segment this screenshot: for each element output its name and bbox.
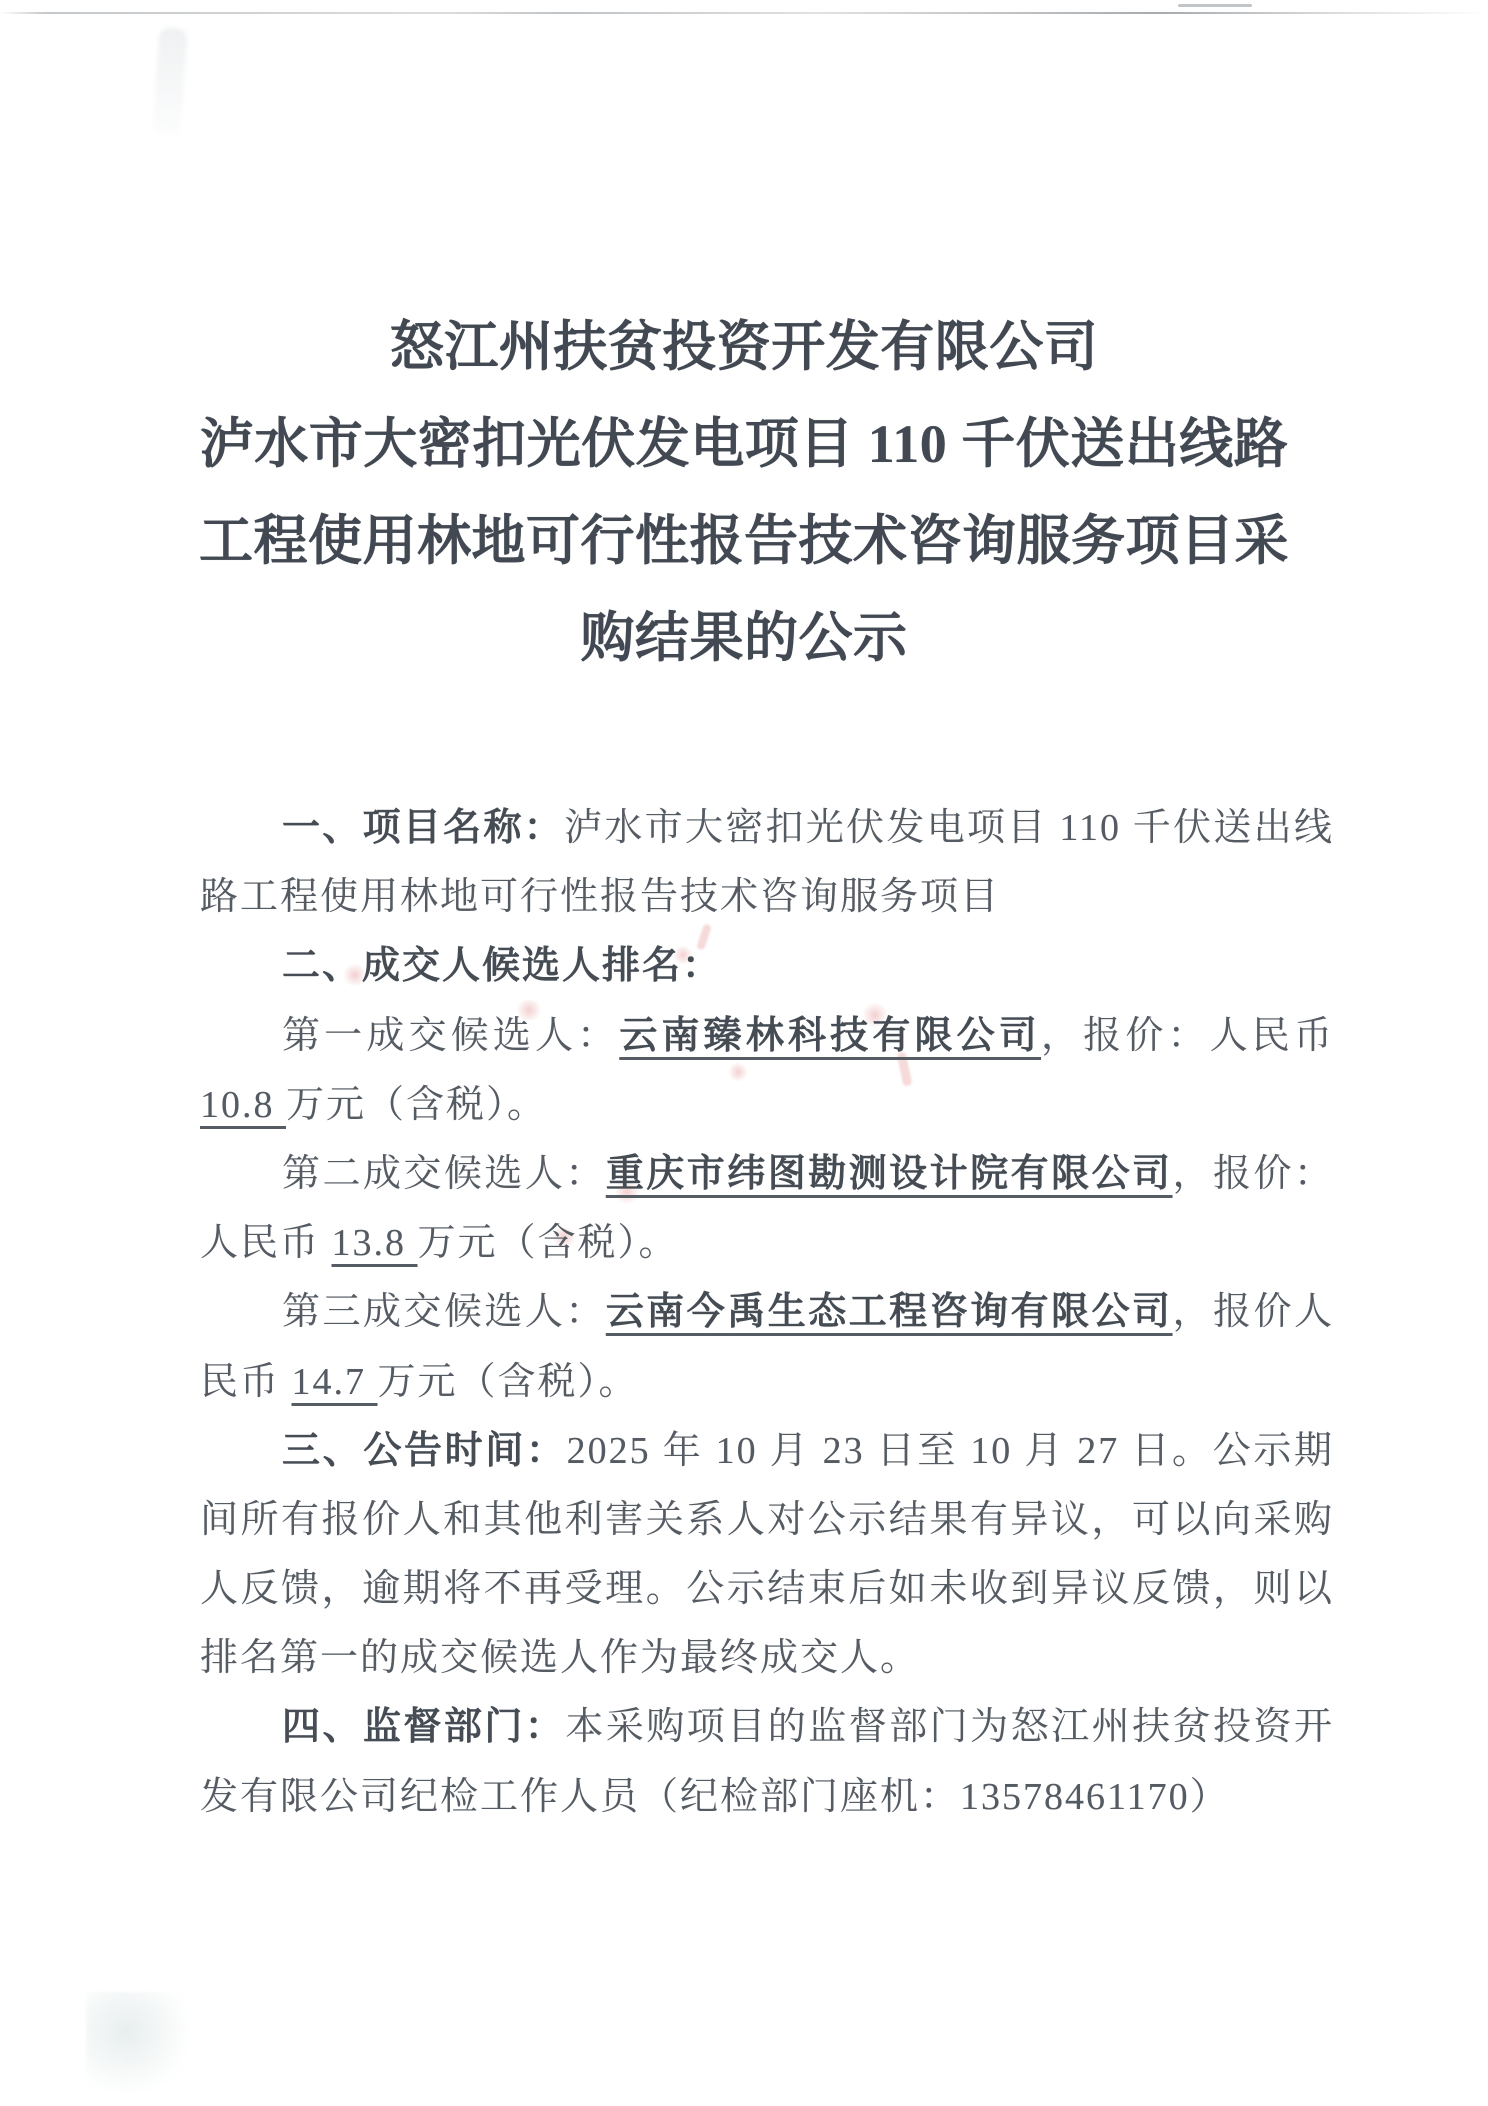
body-text-line: 四、监督部门：本采购项目的监督部门为怒江州扶贫投资开 (200, 1693, 1334, 1762)
text-segment: ，报价： (1173, 1153, 1334, 1195)
document-title: 怒江州扶贫投资开发有限公司泸水市大密扣光伏发电项目 110 千伏送出线路工程使用… (177, 299, 1311, 687)
text-segment: 万元（含税）。 (418, 1222, 679, 1264)
text-segment: 四、监督部门： (282, 1706, 565, 1748)
company-name: 云南臻林科技有限公司 (619, 1015, 1041, 1057)
body-text-line: 一、项目名称：泸水市大密扣光伏发电项目 110 千伏送出线 (200, 794, 1334, 863)
text-segment: 第三成交候选人： (282, 1291, 606, 1333)
text-segment: 路工程使用林地可行性报告技术咨询服务项目 (200, 876, 1000, 918)
text-segment: 本采购项目的监督部门为怒江州扶贫投资开 (565, 1706, 1334, 1748)
text-segment: 第一成交候选人： (282, 1015, 619, 1057)
scan-artifact-top-left (152, 27, 187, 134)
document-title-line: 怒江州扶贫投资开发有限公司 (177, 299, 1311, 396)
text-segment: 排名第一的成交候选人作为最终成交人。 (200, 1637, 920, 1679)
document-title-line: 泸水市大密扣光伏发电项目 110 千伏送出线路 (177, 396, 1311, 493)
text-segment: 日至 (865, 1430, 971, 1472)
text-segment: 万元（含税）。 (286, 1084, 547, 1126)
numeric-text: 10 (970, 1430, 1012, 1472)
scan-artifact-bottom-left (86, 1992, 186, 2090)
text-segment: 泸水市大密扣光伏发电项目 (564, 807, 1059, 849)
text-segment: 发有限公司纪检工作人员（纪检部门座机： (200, 1776, 960, 1818)
text-segment: 人反馈，逾期将不再受理。公示结束后如未收到异议反馈，则以 (200, 1568, 1334, 1610)
scan-edge-line (0, 12, 1488, 14)
numeric-text: 10 (716, 1430, 758, 1472)
text-segment: 千伏送出线 (1121, 807, 1334, 849)
text-segment: 万元（含税）。 (378, 1361, 639, 1403)
body-text-line: 民币 14.7 万元（含税）。 (200, 1348, 1334, 1417)
body-text-line: 第二成交候选人：重庆市纬图勘测设计院有限公司，报价： (200, 1140, 1334, 1209)
text-segment: 人民币 (200, 1222, 332, 1264)
numeric-text: 23 (823, 1430, 865, 1472)
numeric-text: 14.7 (292, 1361, 378, 1403)
body-text-line: 排名第一的成交候选人作为最终成交人。 (200, 1624, 1334, 1693)
body-text-line: 三、公告时间：2025 年 10 月 23 日至 10 月 27 日。公示期 (200, 1417, 1334, 1486)
body-text-line: 二、成交人候选人排名： (200, 932, 1334, 1001)
text-segment: 民币 (200, 1361, 292, 1403)
company-name: 重庆市纬图勘测设计院有限公司 (606, 1153, 1173, 1195)
body-text-line: 间所有报价人和其他利害关系人对公示结果有异议，可以向采购 (200, 1486, 1334, 1555)
document-title-line: 购结果的公示 (177, 590, 1311, 687)
document-body: 一、项目名称：泸水市大密扣光伏发电项目 110 千伏送出线路工程使用林地可行性报… (200, 794, 1334, 1832)
text-segment: 间所有报价人和其他利害关系人对公示结果有异议，可以向采购 (200, 1499, 1334, 1541)
text-segment: 二、成交人候选人排名： (282, 945, 722, 987)
body-text-line: 人民币 13.8 万元（含税）。 (200, 1209, 1334, 1278)
numeric-text: 10.8 (200, 1084, 286, 1126)
text-segment: 月 (1012, 1430, 1077, 1472)
body-text-line: 10.8 万元（含税）。 (200, 1071, 1334, 1140)
text-segment: 月 (758, 1430, 823, 1472)
scan-edge-dash (1178, 4, 1252, 7)
body-text-line: 发有限公司纪检工作人员（纪检部门座机：13578461170） (200, 1763, 1334, 1832)
numeric-text: 2025 (567, 1430, 651, 1472)
body-text-line: 第三成交候选人：云南今禹生态工程咨询有限公司，报价人 (200, 1278, 1334, 1347)
numeric-text: 27 (1077, 1430, 1119, 1472)
text-segment: 一、项目名称： (282, 807, 564, 849)
body-text-line: 第一成交候选人：云南臻林科技有限公司，报价：人民币 (200, 1002, 1334, 1071)
numeric-text: 13578461170 (960, 1776, 1190, 1818)
text-segment: ，报价：人民币 (1041, 1015, 1334, 1057)
text-segment: ，报价人 (1173, 1291, 1334, 1333)
company-name: 云南今禹生态工程咨询有限公司 (606, 1291, 1173, 1333)
numeric-text: 13.8 (332, 1222, 418, 1264)
numeric-text: 110 (1059, 807, 1121, 849)
text-segment: 日。公示期 (1119, 1430, 1334, 1472)
text-segment: 年 (651, 1430, 716, 1472)
text-segment: 三、公告时间： (282, 1430, 567, 1472)
text-segment: ） (1190, 1776, 1230, 1818)
scanned-document-page: 怒江州扶贫投资开发有限公司泸水市大密扣光伏发电项目 110 千伏送出线路工程使用… (0, 0, 1488, 2106)
body-text-line: 人反馈，逾期将不再受理。公示结束后如未收到异议反馈，则以 (200, 1555, 1334, 1624)
body-text-line: 路工程使用林地可行性报告技术咨询服务项目 (200, 863, 1334, 932)
text-segment: 第二成交候选人： (282, 1153, 606, 1195)
document-title-line: 工程使用林地可行性报告技术咨询服务项目采 (177, 493, 1311, 590)
